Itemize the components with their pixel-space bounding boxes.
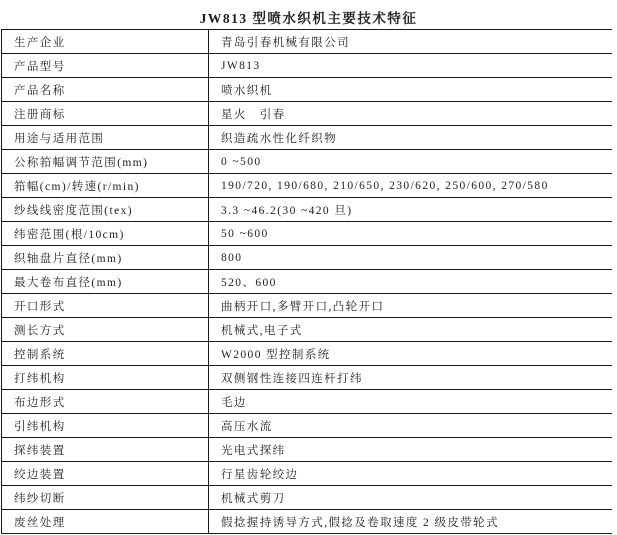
table-row: 产品型号 JW813 <box>2 54 612 78</box>
row-value: 0 ~500 <box>208 150 612 173</box>
row-label: 控制系统 <box>2 342 208 365</box>
row-value: 假捻握持诱导方式,假捻及卷取速度 2 级皮带轮式 <box>208 510 612 533</box>
row-label: 测长方式 <box>2 318 208 341</box>
row-value: 光电式探纬 <box>208 438 612 461</box>
table-row: 纬密范围(根/10cm) 50 ~600 <box>2 222 612 246</box>
table-row: 最大卷布直径(mm) 520、600 <box>2 270 612 294</box>
row-value: 机械式剪刀 <box>208 486 612 509</box>
row-label: 开口形式 <box>2 294 208 317</box>
row-value: 机械式,电子式 <box>208 318 612 341</box>
row-label: 生产企业 <box>2 30 208 53</box>
row-label: 纬密范围(根/10cm) <box>2 222 208 245</box>
row-label: 产品名称 <box>2 78 208 101</box>
row-value: 织造疏水性化纤织物 <box>208 126 612 149</box>
row-label: 公称筘幅调节范围(mm) <box>2 150 208 173</box>
table-row: 布边形式 毛边 <box>2 390 612 414</box>
table-row: 打纬机构 双侧钢性连接四连杆打纬 <box>2 366 612 390</box>
row-label: 纱线线密度范围(tex) <box>2 198 208 221</box>
row-label: 织轴盘片直径(mm) <box>2 246 208 269</box>
row-value: 星火 引春 <box>208 102 612 125</box>
page-title: JW813 型喷水织机主要技术特征 <box>0 0 617 28</box>
table-row: 生产企业 青岛引春机械有限公司 <box>2 30 612 54</box>
table-row: 开口形式 曲柄开口,多臂开口,凸轮开口 <box>2 294 612 318</box>
row-value: 青岛引春机械有限公司 <box>208 30 612 53</box>
row-label: 绞边装置 <box>2 462 208 485</box>
row-value: 毛边 <box>208 390 612 413</box>
table-row: 用途与适用范围 织造疏水性化纤织物 <box>2 126 612 150</box>
row-value: 行星齿轮绞边 <box>208 462 612 485</box>
row-label: 注册商标 <box>2 102 208 125</box>
row-label: 筘幅(cm)/转速(r/min) <box>2 174 208 197</box>
table-row: 绞边装置 行星齿轮绞边 <box>2 462 612 486</box>
row-label: 废丝处理 <box>2 510 208 533</box>
row-label: 产品型号 <box>2 54 208 77</box>
row-value: 520、600 <box>208 270 612 293</box>
table-row: 纱线线密度范围(tex) 3.3 ~46.2(30 ~420 旦) <box>2 198 612 222</box>
table-row: 引纬机构 高压水流 <box>2 414 612 438</box>
table-row: 筘幅(cm)/转速(r/min) 190/720, 190/680, 210/6… <box>2 174 612 198</box>
row-value: 190/720, 190/680, 210/650, 230/620, 250/… <box>208 174 612 197</box>
row-value: JW813 <box>208 54 612 77</box>
row-label: 纬纱切断 <box>2 486 208 509</box>
table-row: 织轴盘片直径(mm) 800 <box>2 246 612 270</box>
row-value: 双侧钢性连接四连杆打纬 <box>208 366 612 389</box>
row-value: 高压水流 <box>208 414 612 437</box>
row-label: 探纬装置 <box>2 438 208 461</box>
row-value: 50 ~600 <box>208 222 612 245</box>
row-label: 打纬机构 <box>2 366 208 389</box>
row-label: 用途与适用范围 <box>2 126 208 149</box>
table-row: 产品名称 喷水织机 <box>2 78 612 102</box>
row-value: 曲柄开口,多臂开口,凸轮开口 <box>208 294 612 317</box>
document-page: JW813 型喷水织机主要技术特征 生产企业 青岛引春机械有限公司 产品型号 J… <box>0 0 617 535</box>
row-label: 最大卷布直径(mm) <box>2 270 208 293</box>
table-row: 纬纱切断 机械式剪刀 <box>2 486 612 510</box>
row-value: 800 <box>208 246 612 269</box>
row-value: 喷水织机 <box>208 78 612 101</box>
table-row: 公称筘幅调节范围(mm) 0 ~500 <box>2 150 612 174</box>
row-value: 3.3 ~46.2(30 ~420 旦) <box>208 198 612 221</box>
table-row: 注册商标 星火 引春 <box>2 102 612 126</box>
table-row: 废丝处理 假捻握持诱导方式,假捻及卷取速度 2 级皮带轮式 <box>2 510 612 534</box>
row-label: 布边形式 <box>2 390 208 413</box>
row-label: 引纬机构 <box>2 414 208 437</box>
row-value: W2000 型控制系统 <box>208 342 612 365</box>
table-row: 探纬装置 光电式探纬 <box>2 438 612 462</box>
spec-table: 生产企业 青岛引春机械有限公司 产品型号 JW813 产品名称 喷水织机 注册商… <box>1 29 612 534</box>
table-row: 测长方式 机械式,电子式 <box>2 318 612 342</box>
table-row: 控制系统 W2000 型控制系统 <box>2 342 612 366</box>
